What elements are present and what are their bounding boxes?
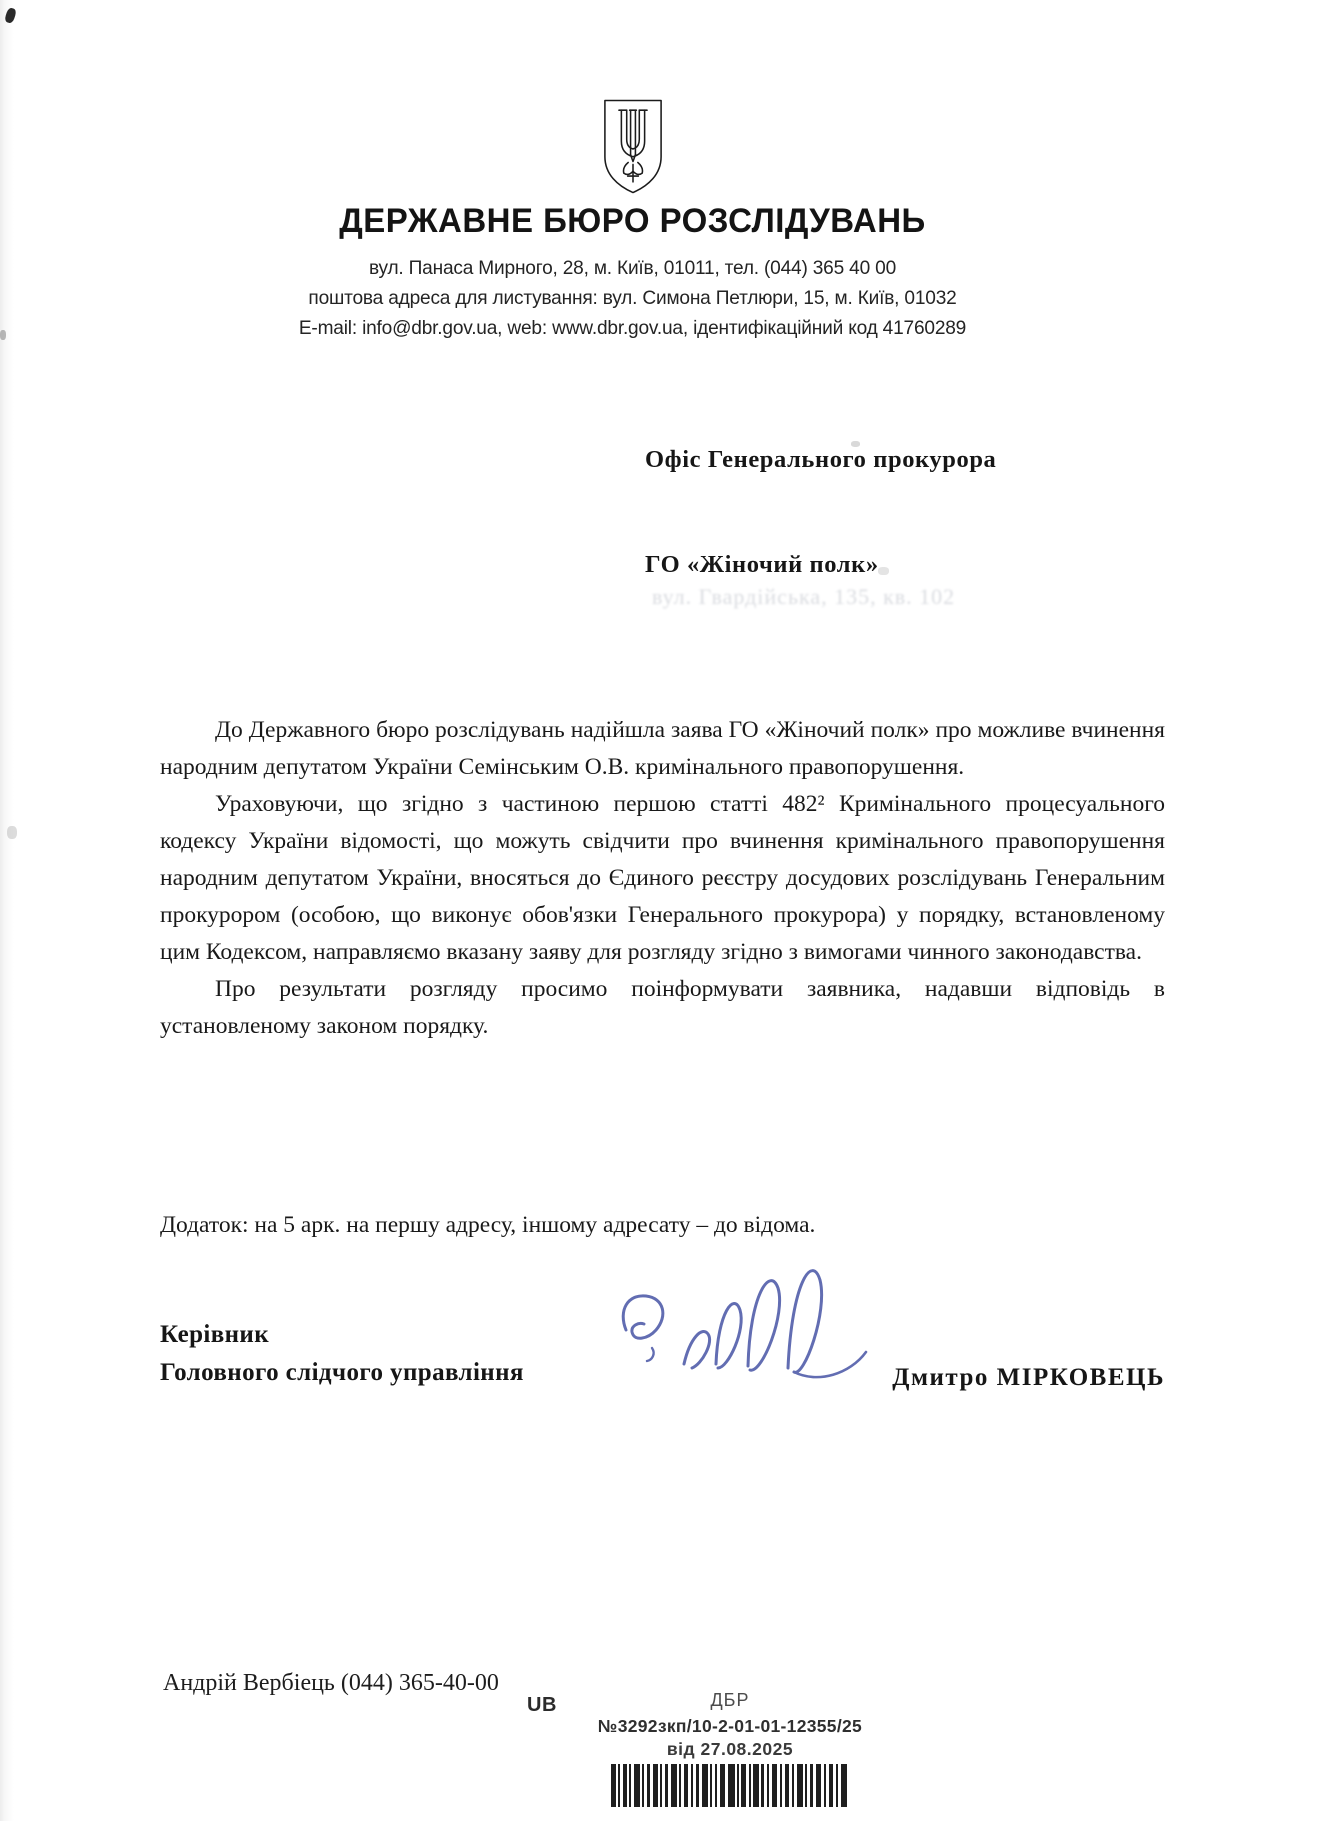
signer-title-line-1: Керівник <box>160 1316 524 1354</box>
signer-title-line-2: Головного слідчого управління <box>160 1354 524 1392</box>
letterhead: ДЕРЖАВНЕ БЮРО РОЗСЛІДУВАНЬ вул. Панаса М… <box>0 0 1265 343</box>
body-paragraph-1: До Державного бюро розслідувань надійшла… <box>160 712 1165 786</box>
scan-artifact <box>7 826 17 839</box>
recipient-faded-address: вул. Гвардійська, 135, кв. 102 <box>652 584 955 610</box>
executor-contact: Андрій Вербіець (044) 365-40-00 <box>163 1670 499 1697</box>
org-address: вул. Панаса Мирного, 28, м. Київ, 01011,… <box>13 253 1253 343</box>
recipient-prosecutor-office: Офіс Генерального прокурора <box>645 446 996 474</box>
signature-ink <box>598 1252 928 1412</box>
org-address-line-2: поштова адреса для листування: вул. Симо… <box>13 283 1253 313</box>
scan-artifact <box>878 567 889 575</box>
scan-artifact <box>851 441 860 447</box>
stamp-org-abbr: ДБР <box>565 1690 895 1711</box>
org-address-line-3: E-mail: info@dbr.gov.ua, web: www.dbr.go… <box>13 313 1253 343</box>
executor-suffix: UB <box>527 1694 557 1717</box>
body-paragraph-2: Ураховуючи, що згідно з частиною першою … <box>160 786 1165 971</box>
recipient-ngo: ГО «Жіночий полк» <box>645 551 879 579</box>
body-paragraph-3: Про результати розгляду просимо поінформ… <box>160 971 1165 1045</box>
attachment-note: Додаток: на 5 арк. на першу адресу, іншо… <box>160 1212 1165 1239</box>
letter-body: До Державного бюро розслідувань надійшла… <box>160 712 1165 1045</box>
org-address-line-1: вул. Панаса Мирного, 28, м. Київ, 01011,… <box>13 253 1253 283</box>
registration-stamp: ДБР №3292зкп/10-2-01-01-12355/25 від 27.… <box>565 1690 895 1812</box>
signer-title: Керівник Головного слідчого управління <box>160 1316 524 1392</box>
signer-name: Дмитро МІРКОВЕЦЬ <box>892 1364 1165 1392</box>
stamp-barcode <box>611 1764 849 1807</box>
scanned-letter-page: ДЕРЖАВНЕ БЮРО РОЗСЛІДУВАНЬ вул. Панаса М… <box>0 0 1320 1821</box>
ukraine-trident-emblem <box>602 98 664 196</box>
stamp-reg-number: №3292зкп/10-2-01-01-12355/25 <box>565 1716 895 1737</box>
stamp-date: від 27.08.2025 <box>565 1739 895 1760</box>
org-name: ДЕРЖАВНЕ БЮРО РОЗСЛІДУВАНЬ <box>19 202 1246 241</box>
scan-artifact <box>0 330 6 340</box>
